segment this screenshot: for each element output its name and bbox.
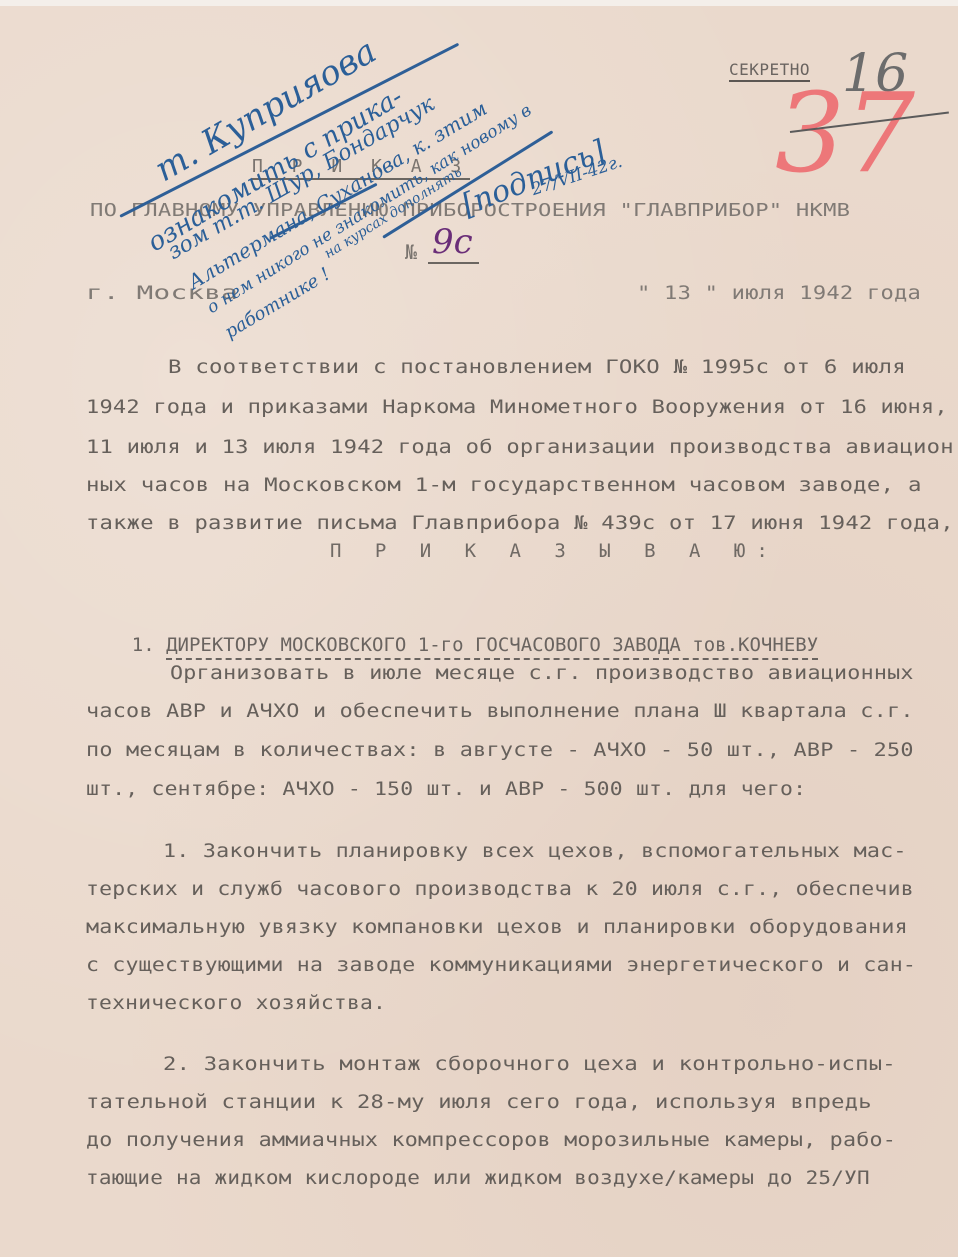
red-sheet-number: 37	[775, 78, 915, 188]
item-1-line-4: с существующими на заводе коммуникациями…	[86, 954, 916, 976]
item-1-line-1: 1. Закончить планировку всех цехов, вспо…	[163, 840, 907, 862]
section-1-intro-line-4: шт., сентябре: АЧХО - 150 шт. и АВР - 50…	[86, 778, 806, 800]
preamble-line-2: 1942 года и приказами Наркома Минометног…	[86, 396, 948, 418]
section-1-intro-line-2: часов АВР и АЧХО и обеспечить выполнение…	[86, 700, 914, 722]
item-2-line-3: до получения аммиачных компрессоров моро…	[86, 1129, 896, 1151]
item-2-line-1: 2. Закончить монтаж сборочного цеха и ко…	[163, 1053, 896, 1075]
order-date: " 13 " июля 1942 года	[637, 282, 921, 304]
section-1-number: 1.	[132, 634, 155, 656]
order-number-value: 9с	[428, 222, 479, 264]
scan-edge	[0, 0, 958, 6]
preamble-line-1: В соответствии с постановлением ГОКО № 1…	[168, 356, 906, 378]
item-2-line-2: тательной станции к 28-му июля сего года…	[86, 1091, 872, 1113]
item-1-line-5: технического хозяйства.	[86, 992, 386, 1014]
preamble-line-3: 11 июля и 13 июля 1942 года об организац…	[86, 436, 954, 458]
section-1-intro-line-3: по месяцам в количествах: в августе - АЧ…	[86, 739, 914, 761]
preamble-line-4: ных часов на Московском 1-м государствен…	[86, 474, 922, 496]
item-1-line-2: терских и служб часового производства к …	[86, 878, 914, 900]
order-number-label: №	[405, 240, 417, 264]
order-word: П Р И К А З Ы В А Ю:	[330, 540, 779, 562]
section-1-heading-text: ДИРЕКТОРУ МОСКОВСКОГО 1-го ГОСЧАСОВОГО З…	[166, 634, 818, 660]
item-2-line-4: тающие на жидком кислороде или жидком во…	[86, 1167, 870, 1189]
item-1-line-3: максимальную увязку компановки цехов и п…	[86, 916, 908, 938]
preamble-line-5: также в развитие письма Главприбора № 43…	[86, 512, 954, 534]
section-1-intro-line-1: Организовать в июле месяце с.г. производ…	[170, 662, 914, 684]
scanned-document-page: СЕКРЕТНО 16 37 П Р И К А З ПО ГЛАВНОМУ У…	[0, 0, 958, 1257]
